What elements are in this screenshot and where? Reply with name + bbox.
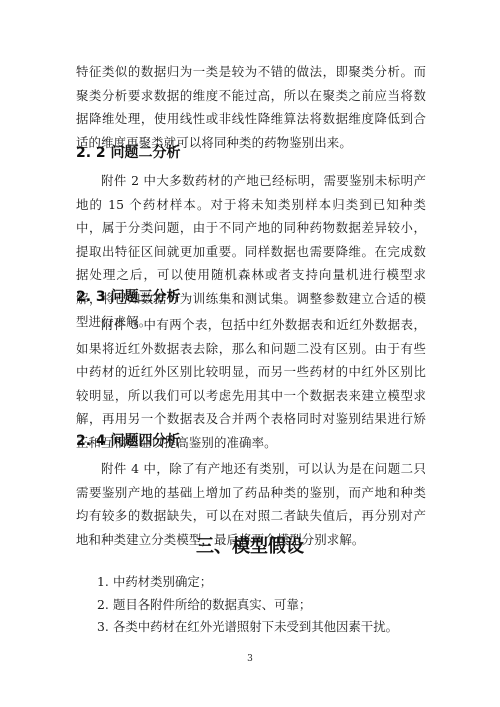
list-item-text: 中药材类别确定；	[113, 574, 212, 589]
section-2-4: 2. 4 问题四分析 附件 4 中，除了有产地还有类别，可以认为是在问题二只需要…	[76, 431, 426, 551]
intro-paragraph: 特征类似的数据归为一类是较为不错的做法，即聚类分析。而聚类分析要求数据的维度不能…	[76, 60, 426, 154]
list-item-text: 各类中药材在红外光谱照射下未受到其他因素干扰。	[113, 619, 398, 634]
list-item: 2.题目各附件所给的数据真实、可靠；	[97, 594, 427, 617]
page-number: 3	[0, 654, 500, 664]
intro-block: 特征类似的数据归为一类是较为不错的做法，即聚类分析。而聚类分析要求数据的维度不能…	[76, 60, 426, 154]
list-item-number: 2.	[97, 594, 113, 617]
section-heading: 2. 3 问题三分析	[76, 287, 426, 307]
list-item-text: 题目各附件所给的数据真实、可靠；	[113, 597, 311, 612]
list-item-number: 3.	[97, 616, 113, 639]
assumption-list: 1.中药材类别确定； 2.题目各附件所给的数据真实、可靠； 3.各类中药材在红外…	[97, 571, 427, 639]
document-page: 特征类似的数据归为一类是较为不错的做法，即聚类分析。而聚类分析要求数据的维度不能…	[0, 0, 500, 707]
section-heading: 2. 4 问题四分析	[76, 431, 426, 451]
list-item-number: 1.	[97, 571, 113, 594]
chapter-title: 三、模型假设	[0, 535, 500, 559]
section-2-3: 2. 3 问题三分析 附件 3 中有两个表，包括中红外数据表和近红外数据表，如果…	[76, 287, 426, 454]
list-item: 1.中药材类别确定；	[97, 571, 427, 594]
list-item: 3.各类中药材在红外光谱照射下未受到其他因素干扰。	[97, 616, 427, 639]
section-heading: 2. 2 问题二分析	[76, 143, 426, 163]
